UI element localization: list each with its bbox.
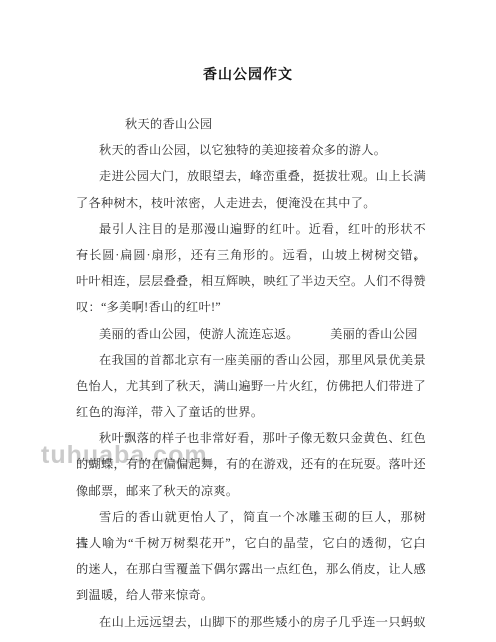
essay-line: 像邮票，邮来了秋天的凉爽。 [76, 478, 426, 504]
essay-line: 秋天的香山公园 [76, 111, 426, 137]
essay-line: 秋天的香山公园，以它独特的美迎接着众多的游人。 [76, 137, 426, 163]
essay-line: 色怡人，尤其到了秋天，满山遍野一片火红，仿佛把人们带进了 [76, 373, 426, 399]
essay-line: 美丽的香山公园，使游人流连忘返。 美丽的香山公园 [76, 321, 426, 347]
essay-line: 有长圆·扁圆·扇形，还有三角形的。远看，山坡上树树交错， [76, 242, 426, 268]
essay-line: 的蝴蝶，有的在偏偏起舞，有的在游戏，还有的在玩耍。落叶还 [76, 451, 426, 477]
essay-body: 秋天的香山公园秋天的香山公园，以它独特的美迎接着众多的游人。走进公园大门，放眼望… [76, 111, 426, 635]
essay-line: 红色的海洋，带入了童话的世界。 [76, 399, 426, 425]
essay-line: 到温暖，给人带来惊奇。 [76, 582, 426, 608]
document-page: tuhuaba.com 香山公园作文 秋天的香山公园秋天的香山公园，以它独特的美… [0, 0, 496, 642]
essay-line: 在我国的首都北京有一座美丽的香山公园，那里风景优美景 [76, 347, 426, 373]
essay-line: 在山上远远望去，山脚下的那些矮小的房子几乎连一只蚂蚁 [76, 609, 426, 635]
essay-line: 秋叶飘落的样子也非常好看，那叶子像无数只金黄色、红色 [76, 425, 426, 451]
essay-line: 叹：“多美啊!香山的红叶!” [76, 294, 426, 320]
essay-title: 香山公园作文 [0, 64, 496, 84]
essay-line: 古人喻为“千树万树梨花开”，它白的晶莹，它白的透彻，它白 [76, 530, 426, 556]
essay-line: 最引人注目的是那漫山遍野的红叶。近看，红叶的形状不一。 [76, 216, 426, 242]
essay-line: 叶叶相连，层层叠叠，相互辉映，映红了半边天空。人们不得赞 [76, 268, 426, 294]
essay-line: 走进公园大门，放眼望去，峰峦重叠，挺拔壮观。山上长满 [76, 163, 426, 189]
essay-line: 雪后的香山就更怡人了，简直一个冰雕玉砌的巨人，那树挂， [76, 504, 426, 530]
essay-line: 的迷人，在那白雪覆盖下偶尔露出一点红色，那么俏皮，让人感 [76, 556, 426, 582]
essay-line: 了各种树木，枝叶浓密，人走进去，便淹没在其中了。 [76, 190, 426, 216]
